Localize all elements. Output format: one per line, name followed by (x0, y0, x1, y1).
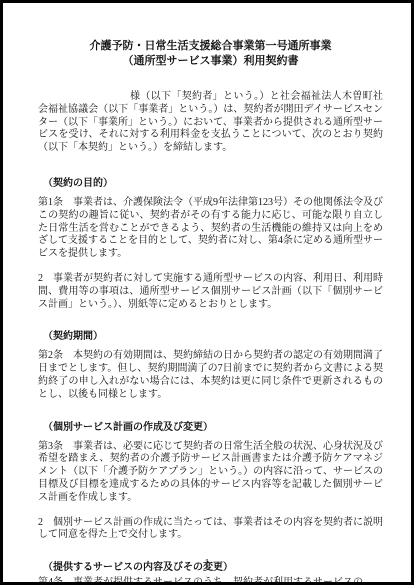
section-contract-purpose: （契約の目的） 第1条 事業者は、介護保険法令（平成9年法律第123号）その他関… (38, 177, 383, 311)
clause-article1-item2: 2 事業者が契約者に対して実施する通所型サービスの内容、利用日、利用時間、費用等… (38, 273, 383, 311)
section-heading-contract-purpose: （契約の目的） (38, 177, 383, 190)
preamble-paragraph: 様（以下「契約者」という。）と社会福祉法人木曽町社会福祉協議会（以下「事業者」と… (38, 91, 383, 155)
clause-article1: 第1条 事業者は、介護保険法令（平成9年法律第123号）その他関係法令及びこの契… (38, 197, 383, 261)
clause-article3: 第3条 事業者は、必要に応じて契約者の日常生活全般の状況、心身状況及び希望を踏ま… (38, 441, 383, 505)
document-title-line1: 介護予防・日常生活支援総合事業第一号通所事業 (38, 39, 383, 54)
section-heading-contract-term: （契約期間） (38, 330, 383, 343)
clause-article3-item2: 2 個別サービス計画の作成に当たっては、事業者はその内容を契約者に説明して同意を… (38, 517, 383, 543)
document-title-line2: （通所型サービス事業）利用契約書 (38, 54, 383, 69)
contract-document-page: 介護予防・日常生活支援総合事業第一号通所事業 （通所型サービス事業）利用契約書 … (0, 0, 414, 585)
clause-article2: 第2条 本契約の有効期間は、契約締結の日から契約者の認定の有効期間満了日までとし… (38, 350, 383, 401)
section-heading-individual-service-plan: （個別サービス計画の作成及び変更） (38, 421, 383, 434)
section-individual-service-plan: （個別サービス計画の作成及び変更） 第3条 事業者は、必要に応じて契約者の日常生… (38, 421, 383, 543)
section-contract-term: （契約期間） 第2条 本契約の有効期間は、契約締結の日から契約者の認定の有効期間… (38, 330, 383, 401)
document-title: 介護予防・日常生活支援総合事業第一号通所事業 （通所型サービス事業）利用契約書 (38, 39, 383, 69)
page-number: 1 (3, 558, 411, 570)
clause-article4: 第4条 事業者が提供するサービスのうち、契約者が利用するサービスの (38, 577, 383, 585)
